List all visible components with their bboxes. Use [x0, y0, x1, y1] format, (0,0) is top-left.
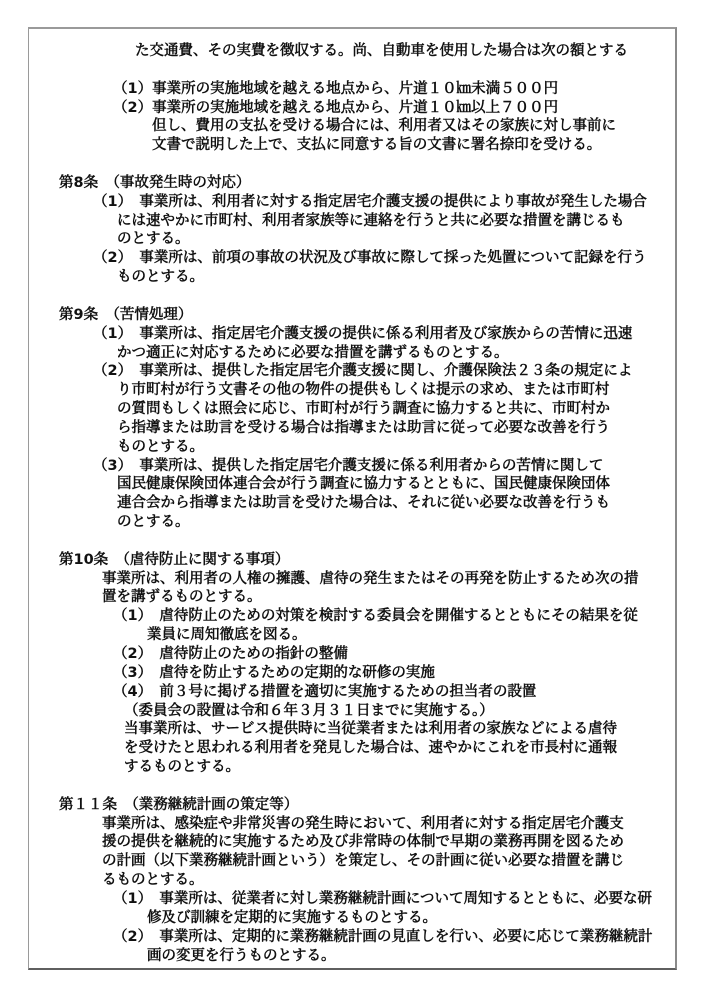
document-line: （1） 事業所は、利用者に対する指定居宅介護支援の提供により事故が発生した場合 — [93, 193, 675, 212]
blank-line — [29, 155, 675, 174]
document-line: （2） 事業所は、定期的に業務継続計画の見直しを行い、必要に応じて業務継続計 — [113, 928, 675, 947]
document-line: り市町村が行う文書その他の物件の提供もしくは提示の求め、または市町村 — [117, 381, 675, 400]
document-line: るものとする。 — [102, 871, 675, 890]
document-line: （3） 事業所は、提供した指定居宅介護支援に係る利用者からの苦情に関して — [93, 457, 675, 476]
document-line: 当事業所は、サービス提供時に当従業者または利用者の家族などによる虐待 — [124, 720, 675, 739]
document-line: ものとする。 — [117, 438, 675, 457]
document-line: 連合会から指導または助言を受けた場合は、それに従い必要な改善を行うも — [117, 494, 675, 513]
document-line: た交通費、その実費を徴収する。尚、自動車を使用した場合は次の額とする — [135, 42, 675, 61]
blank-line — [29, 777, 675, 796]
document-line: 修及び訓練を定期的に実施するものとする。 — [147, 909, 675, 928]
document-body: た交通費、その実費を徴収する。尚、自動車を使用した場合は次の額とする （1）事業… — [29, 42, 675, 965]
document-line: するものとする。 — [124, 758, 675, 777]
document-line: のとする。 — [117, 513, 675, 532]
document-line: （2） 虐待防止のための指針の整備 — [113, 645, 675, 664]
document-line: （1） 事業所は、指定居宅介護支援の提供に係る利用者及び家族からの苦情に迅速 — [93, 325, 675, 344]
document-line: の計画（以下業務継続計画という）を策定し、その計画に従い必要な措置を講じ — [102, 852, 675, 871]
article-heading: 第10条 （虐待防止に関する事項） — [59, 551, 675, 570]
article-heading: 第１１条 （業務継続計画の策定等） — [59, 796, 675, 815]
document-line: 置を講ずるものとする。 — [102, 588, 675, 607]
document-page: た交通費、その実費を徴収する。尚、自動車を使用した場合は次の額とする （1）事業… — [28, 27, 677, 970]
document-line: （2）事業所の実施地域を越える地点から、片道１０㎞以上７００円 — [113, 99, 675, 118]
document-line: （1） 事業所は、従業者に対し業務継続計画について周知するとともに、必要な研 — [113, 890, 675, 909]
document-line: の質問もしくは照会に応じ、市町村が行う調査に協力すると共に、市町村か — [117, 400, 675, 419]
document-viewer-canvas: た交通費、その実費を徴収する。尚、自動車を使用した場合は次の額とする （1）事業… — [0, 0, 707, 1000]
document-line: （2） 事業所は、前項の事故の状況及び事故に際して採った処置について記録を行う — [93, 249, 675, 268]
document-line: （委員会の設置は令和６年３月３１日までに実施する。） — [124, 702, 675, 721]
document-line: を受けたと思われる利用者を発見した場合は、速やかにこれを市長村に通報 — [124, 739, 675, 758]
document-line: ものとする。 — [117, 268, 675, 287]
document-line: （1）事業所の実施地域を越える地点から、片道１０㎞未満５００円 — [113, 80, 675, 99]
document-line: 国民健康保険団体連合会が行う調査に協力するとともに、国民健康保険団体 — [117, 475, 675, 494]
article-heading: 第9条 （苦情処理） — [59, 306, 675, 325]
document-line: （3） 虐待を防止するための定期的な研修の実施 — [113, 664, 675, 683]
document-line: 事業所は、利用者の人権の擁護、虐待の発生またはその再発を防止するため次の措 — [102, 570, 675, 589]
document-line: 事業所は、感染症や非常災害の発生時において、利用者に対する指定居宅介護支 — [102, 815, 675, 834]
document-line: （1） 虐待防止のための対策を検討する委員会を開催するとともにその結果を従 — [113, 607, 675, 626]
blank-line — [29, 532, 675, 551]
document-line: には速やかに市町村、利用者家族等に連絡を行うと共に必要な措置を講じるも — [117, 212, 675, 231]
blank-line — [29, 61, 675, 80]
document-line: のとする。 — [117, 230, 675, 249]
blank-line — [29, 287, 675, 306]
document-line: 援の提供を継続的に実施するため及び非常時の体制で早期の業務再開を図るため — [102, 833, 675, 852]
document-line: 業員に周知徹底を図る。 — [147, 626, 675, 645]
document-line: （4） 前３号に掲げる措置を適切に実施するための担当者の設置 — [113, 683, 675, 702]
document-line: かつ適正に対応するために必要な措置を講ずるものとする。 — [117, 344, 675, 363]
article-heading: 第8条 （事故発生時の対応） — [59, 174, 675, 193]
document-line: （2） 事業所は、提供した指定居宅介護支援に関し、介護保険法２３条の規定によ — [93, 362, 675, 381]
document-line: 画の変更を行うものとする。 — [147, 947, 675, 966]
document-line: 文書で説明した上で、支払に同意する旨の文書に署名捺印を受ける。 — [152, 136, 675, 155]
document-line: ら指導または助言を受ける場合は指導または助言に従って必要な改善を行う — [117, 419, 675, 438]
document-line: 但し、費用の支払を受ける場合には、利用者又はその家族に対し事前に — [152, 117, 675, 136]
